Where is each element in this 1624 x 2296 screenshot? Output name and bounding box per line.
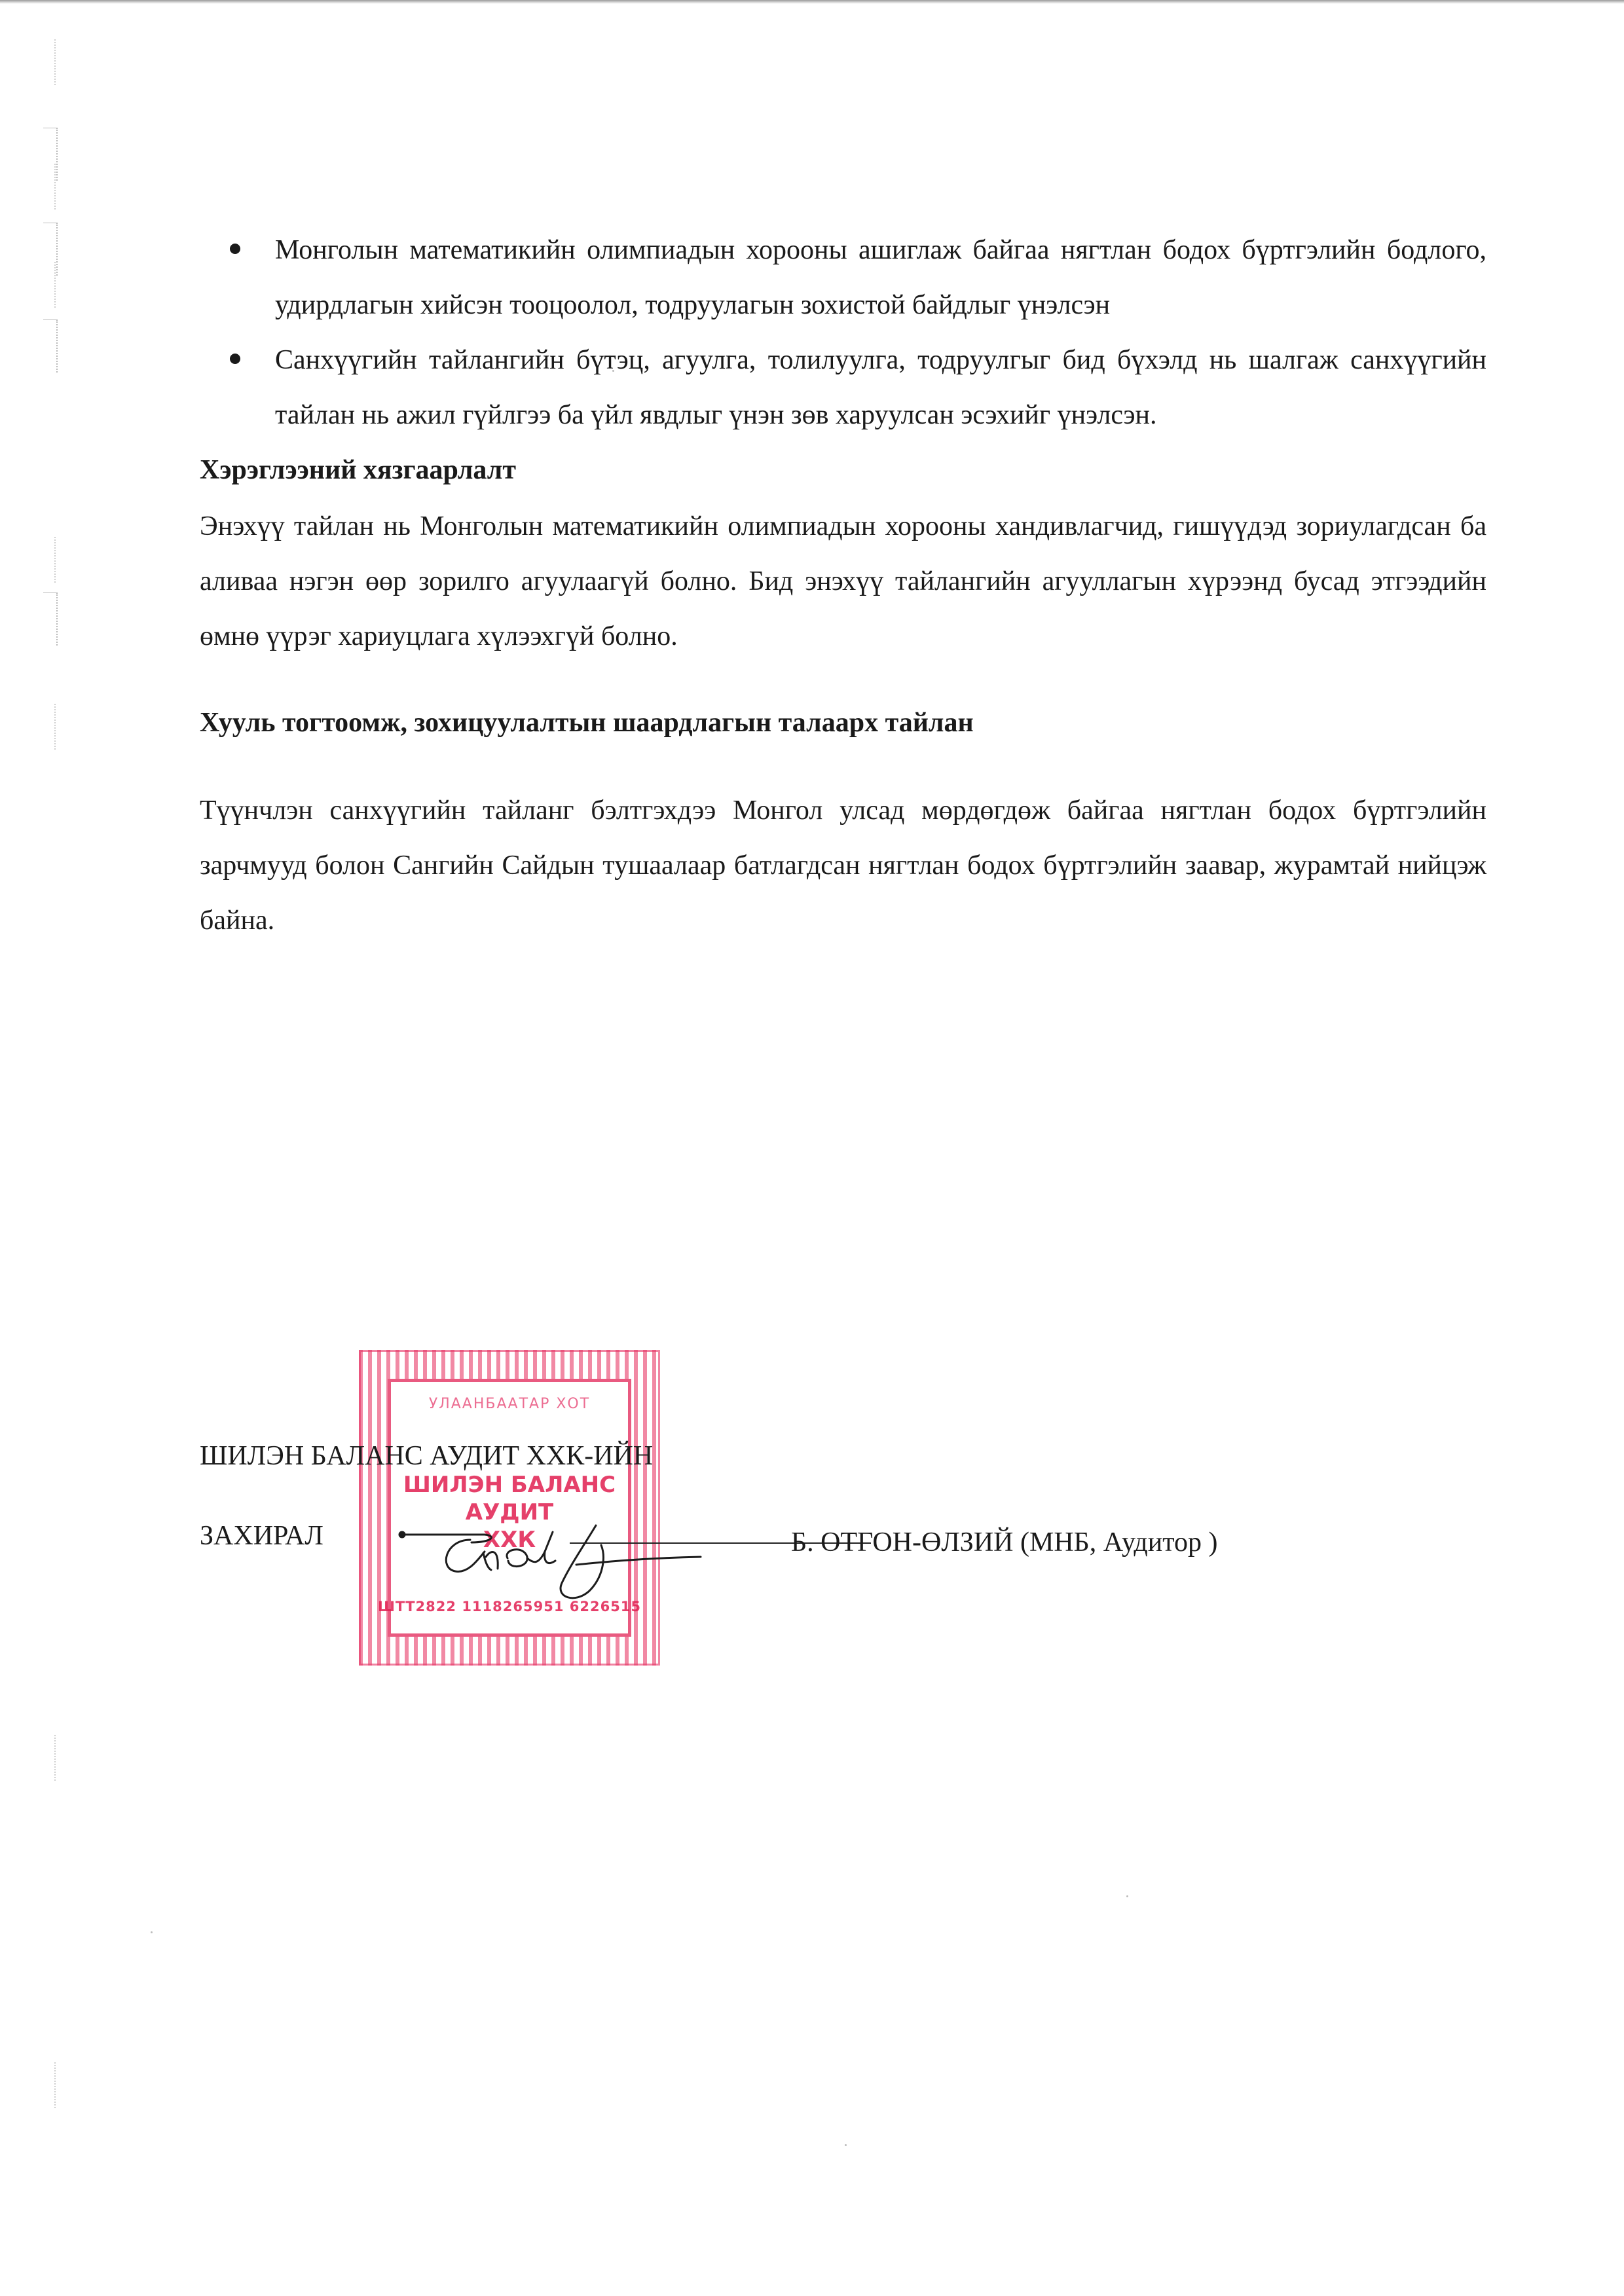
section-heading-legal-requirements: Хууль тогтоомж, зохицуулалтын шаардлагын…	[200, 695, 1486, 750]
section-heading-usage-restriction: Хэрэглээний хязгаарлалт	[200, 443, 1486, 498]
stamp-city: УЛААНБААТАР ХОТ	[359, 1396, 660, 1412]
scan-margin-mark	[43, 319, 58, 373]
bullet-icon	[230, 244, 240, 254]
scan-margin-mark	[54, 537, 57, 583]
scan-margin-mark	[54, 39, 57, 85]
scan-margin-mark	[54, 164, 57, 210]
scan-speck	[1126, 1895, 1128, 1897]
signer-name: Б. ОТГОН-ӨЛЗИЙ (МНБ, Аудитор )	[791, 1527, 1218, 1558]
signer-company: ШИЛЭН БАЛАНС АУДИТ ХХК-ИЙН	[200, 1440, 653, 1472]
section-paragraph-usage-restriction: Энэхүү тайлан нь Монголын математикийн о…	[200, 499, 1486, 664]
document-body: Монголын математикийн олимпиадын хорооны…	[200, 223, 1486, 948]
bullet-item: Санхүүгийн тайлангийн бүтэц, агуулга, то…	[200, 333, 1486, 443]
scan-margin-mark	[54, 2062, 57, 2108]
assessment-bullet-list: Монголын математикийн олимпиадын хорооны…	[200, 223, 1486, 443]
scan-speck	[845, 2144, 847, 2146]
scan-margin-mark	[54, 704, 57, 750]
bullet-icon	[230, 354, 240, 364]
section-paragraph-legal-requirements: Түүнчлэн санхүүгийн тайланг бэлтгэхдээ М…	[200, 783, 1486, 948]
bullet-text: Санхүүгийн тайлангийн бүтэц, агуулга, то…	[275, 345, 1486, 430]
scan-speck	[612, 370, 614, 372]
scan-edge	[0, 0, 1624, 4]
stamp-name-line: ШИЛЭН БАЛАНС	[359, 1471, 660, 1499]
scan-margin-mark	[54, 262, 57, 308]
scan-speck	[151, 1931, 153, 1933]
scan-margin-mark	[54, 1735, 57, 1781]
scan-margin-mark	[43, 592, 58, 646]
bullet-text: Монголын математикийн олимпиадын хорооны…	[275, 235, 1486, 320]
signer-role: ЗАХИРАЛ	[200, 1520, 323, 1552]
bullet-item: Монголын математикийн олимпиадын хорооны…	[200, 223, 1486, 333]
handwritten-signature-icon	[393, 1506, 760, 1611]
